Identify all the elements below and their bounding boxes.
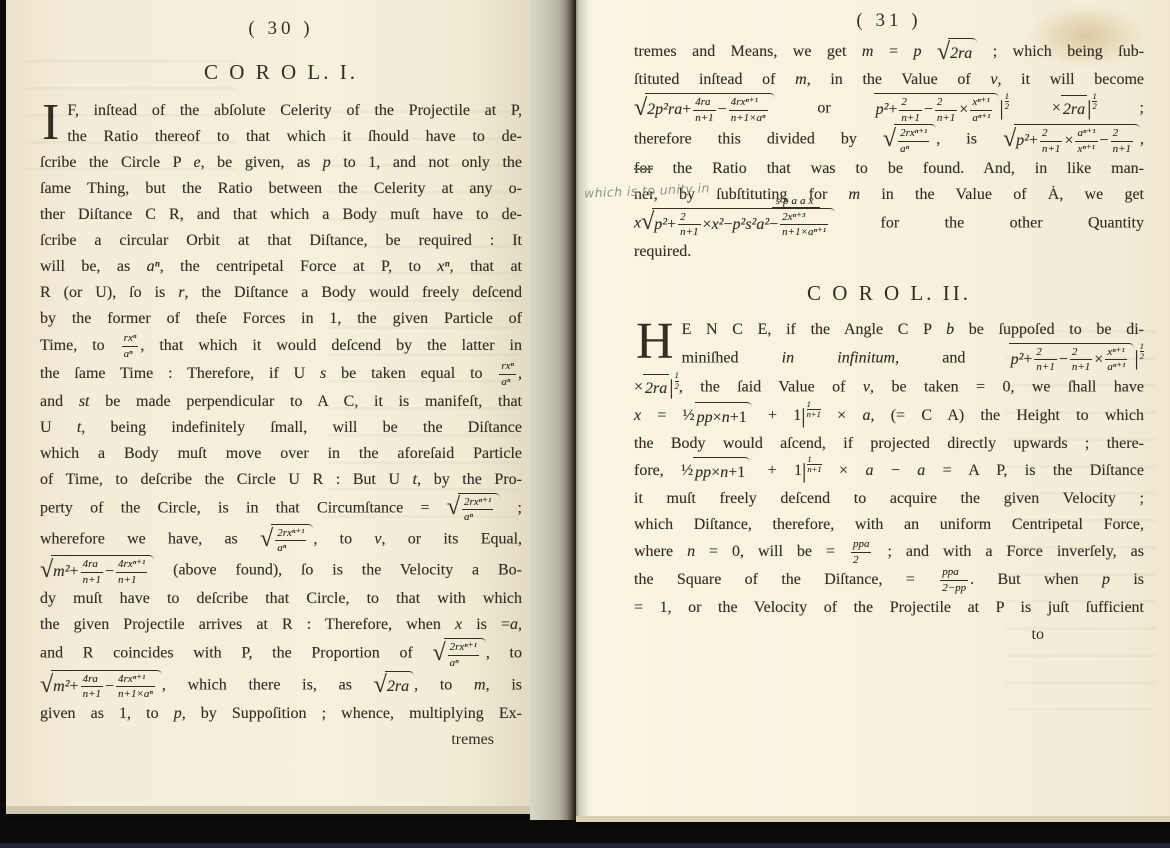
text-line: fore, ½pp × n+1 + 1|1n+1 × a − a = A P, … xyxy=(634,457,1144,486)
catchword-right: to xyxy=(634,623,1144,647)
left-paragraph: I F, inſtead of the abſolute Celerity of… xyxy=(40,98,522,727)
text-line: ſcribe a circular Orbit at that Diſtance… xyxy=(40,228,522,254)
text-line: Time, to rxⁿaⁿ, that which it would deſc… xyxy=(40,332,522,360)
formula-correction-label: spaax xyxy=(772,195,821,208)
text-line: which Diſtance, therefore, with an unifo… xyxy=(634,512,1144,538)
text-line: ×2ra|12, the ſaid Value of v, be taken =… xyxy=(634,374,1144,402)
text-line: required. xyxy=(634,239,1144,265)
text-line: R (or U), ſo is r, the Diſtance a Body w… xyxy=(40,280,522,306)
text-line: √m² + 4ran+1 − 4rxⁿ⁺¹n+1 (above found), … xyxy=(40,555,522,586)
text-line: which a Body muſt move over in the afore… xyxy=(40,441,522,467)
scan-bottom-edge xyxy=(0,843,1170,848)
right-text-block-1: tremes and Means, we get m = p √2ra ; wh… xyxy=(634,38,1144,265)
text-line: miniſhed in infinitum, and p² + 2n+1 − 2… xyxy=(634,343,1144,374)
text-line: x = ½pp × n+1 + 1|1n+1 × a, (= C A) the … xyxy=(634,402,1144,431)
page-number-right: ( 31 ) xyxy=(634,10,1144,32)
page-number-left: ( 30 ) xyxy=(40,18,522,40)
text-line: √2p²ra + 4ran+1 − 4rxⁿ⁺¹n+1×aⁿ or p² + 2… xyxy=(634,93,1144,124)
text-line: for the Ratio that was to be found. And,… xyxy=(634,156,1144,182)
text-line: the Square of the Diſtance, = ppa2−pp. B… xyxy=(634,566,1144,594)
text-line: ſcribe the Circle P e, be given, as p to… xyxy=(40,150,522,176)
text-line: perty of the Circle, is in that Circumſt… xyxy=(40,493,522,524)
text-line: dy muſt have to deſcribe that Circle, to… xyxy=(40,586,522,612)
text-line: and R coincides with P, the Proportion o… xyxy=(40,638,522,669)
text-line: U t, being indefinitely ſmall, will be t… xyxy=(40,415,522,441)
text-line: by the former of theſe Forces in 1, the … xyxy=(40,306,522,332)
text-line: tremes and Means, we get m = p √2ra ; wh… xyxy=(634,38,1144,67)
left-text-block: F, inſtead of the abſolute Celerity of t… xyxy=(40,98,522,727)
corol-2-heading: C O R O L. II. xyxy=(634,281,1144,306)
book-gutter xyxy=(530,0,576,820)
text-line: of Time, to deſcribe the Circle U R : Bu… xyxy=(40,467,522,493)
text-line: therefore this divided by √2rxⁿ⁺¹aⁿ, is … xyxy=(634,124,1144,155)
text-line: where n = 0, will be = ppa2 ; and with a… xyxy=(634,538,1144,566)
text-line: the given Projectile arrives at R : Ther… xyxy=(40,612,522,638)
text-line: ner, by ſubſtituting for m in the Value … xyxy=(634,182,1144,208)
catchword-left: tremes xyxy=(40,728,522,752)
text-line: x√p² + 2n+1 × x² − p²s²a² − 2xⁿ⁺³n+1×aⁿ⁺… xyxy=(634,208,1144,239)
text-line: E N C E, if the Angle C P b be ſuppoſed … xyxy=(634,317,1144,343)
text-line: = 1, or the Velocity of the Projectile a… xyxy=(634,595,1144,621)
text-line: ſame Thing, but the Ratio between the Ce… xyxy=(40,176,522,202)
text-line: ſtituted inſtead of m, in the Value of v… xyxy=(634,67,1144,93)
text-line: the Body would aſcend, if projected dire… xyxy=(634,431,1144,457)
text-line: the ſame Time : Therefore, if U s be tak… xyxy=(40,360,522,388)
text-line: wherefore we have, as √2rxⁿ⁺¹aⁿ, to v, o… xyxy=(40,524,522,555)
book-scan: ( 30 ) C O R O L. I. I F, inſtead of the… xyxy=(0,0,1170,848)
text-line: given as 1, to p, by Suppoſition ; whenc… xyxy=(40,701,522,727)
corol-1-heading: C O R O L. I. xyxy=(40,60,522,85)
right-text-block-2: E N C E, if the Angle C P b be ſuppoſed … xyxy=(634,317,1144,621)
text-line: and st be made perpendicular to A C, it … xyxy=(40,389,522,415)
text-line: will be, as aⁿ, the centripetal Force at… xyxy=(40,254,522,280)
left-page: ( 30 ) C O R O L. I. I F, inſtead of the… xyxy=(6,0,530,806)
text-line: ther Diſtance C R, and that which a Body… xyxy=(40,202,522,228)
text-line: it muſt freely deſcend to acquire the gi… xyxy=(634,486,1144,512)
text-line: F, inſtead of the abſolute Celerity of t… xyxy=(40,98,522,124)
text-line: the Ratio thereof to that which it ſhoul… xyxy=(40,124,522,150)
right-paragraph-2: H E N C E, if the Angle C P b be ſuppoſe… xyxy=(634,317,1144,621)
right-page: which is to unity in ( 31 ) tremes and M… xyxy=(576,0,1170,816)
text-line: √m² + 4ran+1 − 4rxⁿ⁺¹n+1×aⁿ, which there… xyxy=(40,670,522,701)
